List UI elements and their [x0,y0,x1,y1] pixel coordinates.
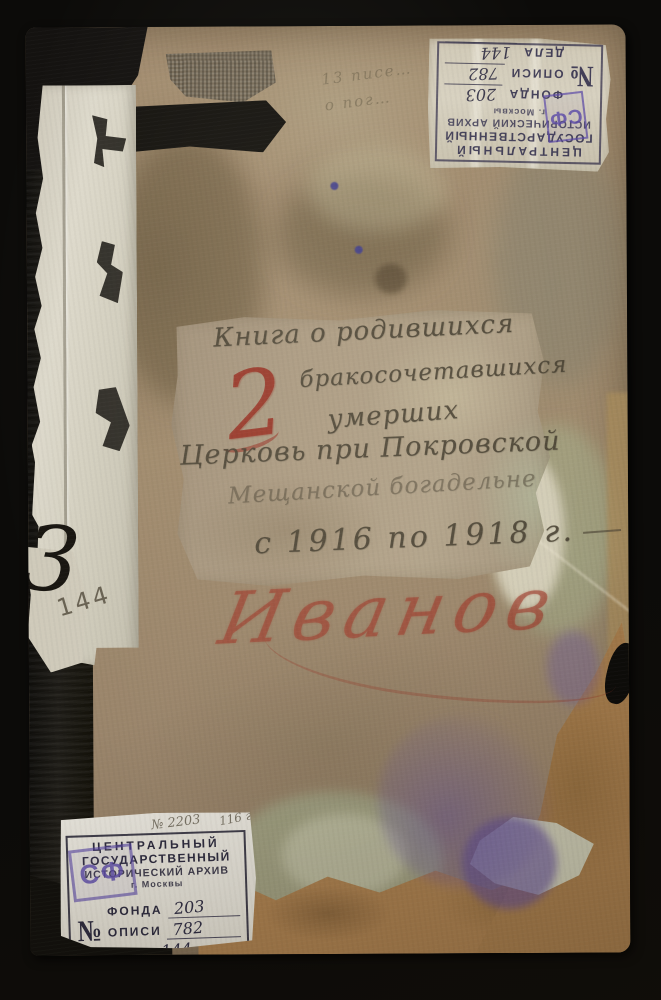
archive-label-bottom: № 2203 116 г ЦЕНТРАЛЬНЫЙ ГОСУДАРСТВЕННЫЙ… [57,810,258,952]
opis-value: 782 [172,918,204,940]
book-cover: 3 144 13 писе… о пог… 2 Книга о родивших… [26,24,631,955]
purple-ink-smudge-small [462,817,557,909]
pencil-note-number: № 2203 [150,812,201,833]
exposed-canvas-weave [166,50,276,103]
opis-value: 782 [468,64,499,84]
sf-stamp: СФ [68,843,138,902]
pencil-note-extra: 116 г [218,808,253,828]
delo-value: 144 [480,43,511,63]
stain-light-top [308,145,448,232]
ink-dot [330,182,338,190]
delo-row: ДЕЛА 144 [445,41,564,63]
sf-stamp: СФ [543,91,588,143]
ink-dot [355,246,363,254]
fond-value: 203 [466,85,497,105]
dark-spot [375,264,407,294]
faint-pencil-note: 13 писе… о пог… [320,56,417,118]
photo-background: 3 144 13 писе… о пог… 2 Книга о родивших… [0,0,661,1000]
number-sign: № [568,58,595,92]
archive-label-top: ЦЕНТРАЛЬНЫЙ ГОСУДАРСТВЕННЫЙ ИСТОРИЧЕСКИЙ… [427,36,612,172]
fond-value: 203 [173,897,205,919]
opis-row: ОПИСИ 782 [444,62,563,84]
spine-cloth-band [120,100,286,153]
